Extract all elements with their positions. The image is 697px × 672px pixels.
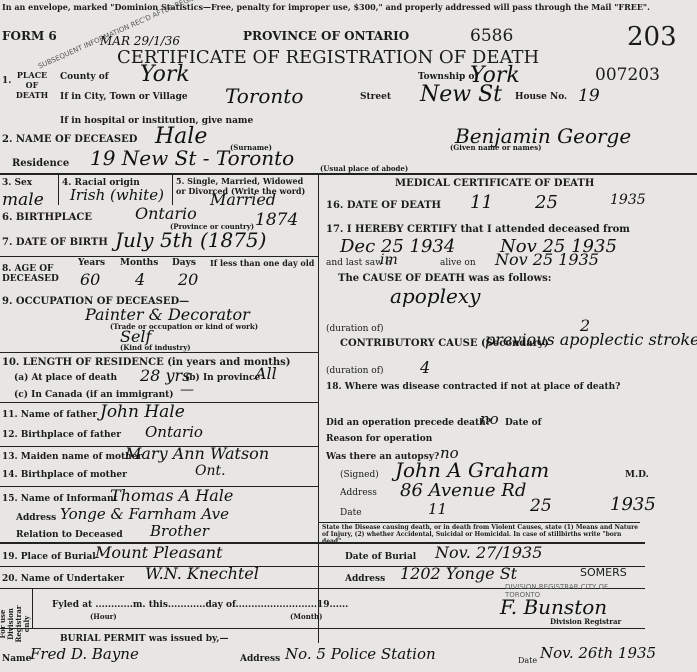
residence-b-label: (b) In province [185, 373, 260, 383]
father-label: 11. Name of father [2, 410, 97, 420]
registration-number: 6586 [470, 26, 513, 46]
name-of-deceased-label: 2. NAME OF DECEASED [2, 134, 137, 145]
contributory-years: 4 [420, 358, 430, 377]
item-number: 1. [2, 76, 11, 86]
death-certificate: In an envelope, marked "Dominion Statist… [0, 0, 697, 672]
dob-label: 7. DATE OF BIRTH [2, 237, 108, 248]
date-of-label: Date of [505, 418, 542, 428]
permit-date-label: Date [518, 656, 537, 665]
signed-label: (Signed) [340, 470, 379, 480]
informant-address-label: Address [16, 513, 56, 523]
burial-place-value: Mount Pleasant [95, 543, 223, 562]
residence-c-value: — [180, 382, 194, 398]
years-label: Years [78, 258, 105, 268]
burial-date-value: Nov. 27/1935 [435, 543, 542, 562]
page-number: 203 [627, 22, 677, 52]
fyled-line: Fyled at ............m. this............… [52, 600, 348, 610]
operation-label: Did an operation precede death? [326, 418, 491, 428]
house-value: 19 [578, 86, 600, 106]
dod-day: 25 [535, 192, 558, 213]
marital-value: Married [210, 190, 276, 209]
registrar-side-label: For use Division Registrar only [0, 599, 31, 649]
duration-label: (duration of) [326, 324, 384, 334]
envelope-note: In an envelope, marked "Dominion Statist… [2, 2, 650, 12]
physician-date-day: 25 [530, 496, 552, 516]
dod-year: 1935 [610, 192, 646, 208]
father-birthplace-value: Ontario [145, 423, 203, 441]
dod-month: 11 [470, 192, 493, 213]
occupation-b-hint: (Kind of industry) [120, 343, 191, 352]
mother-birthplace-value: Ont. [195, 463, 226, 479]
birthplace-value: Ontario [135, 204, 197, 223]
residence-hint: (Usual place of abode) [320, 164, 408, 173]
reason-label: Reason for operation [326, 434, 432, 444]
cause-label: The CAUSE OF DEATH was as follows: [338, 273, 551, 284]
hour-hint: (Hour) [90, 612, 117, 621]
residence-value: 19 New St - Toronto [90, 146, 294, 170]
medical-certificate-title: MEDICAL CERTIFICATE OF DEATH [395, 178, 594, 189]
registrar-signature: F. Bunston [500, 595, 607, 619]
age-days: 20 [178, 270, 198, 289]
relation-value: Brother [150, 522, 209, 540]
date-of-death-label: 16. DATE OF DEATH [326, 200, 441, 211]
form-number: FORM 6 [2, 29, 57, 43]
street-label: Street [360, 92, 391, 102]
month-hint: (Month) [290, 612, 322, 621]
province: PROVINCE OF ONTARIO [243, 29, 409, 43]
informant-value: Thomas A Hale [110, 486, 233, 505]
physician-date-year: 1935 [610, 494, 656, 515]
physician-address-label: Address [340, 488, 377, 498]
last-saw-h: im [380, 252, 398, 268]
city-label: If in City, Town or Village [60, 92, 188, 102]
sex-value: male [2, 190, 44, 210]
undertaker-address-label: Address [345, 574, 385, 584]
days-label: Days [172, 258, 196, 268]
certify-label: 17. I HEREBY CERTIFY that I attended dec… [326, 224, 630, 235]
age-months: 4 [135, 270, 145, 289]
cause-value: apoplexy [390, 284, 480, 308]
given-hint: (Given name or names) [450, 143, 541, 152]
alive-on-label: alive on [440, 258, 476, 268]
mother-value: Mary Ann Watson [125, 444, 269, 463]
house-label: House No. [515, 92, 567, 102]
age-years: 60 [80, 270, 100, 289]
residence-a-label: (a) At place of death [14, 373, 117, 383]
physician-signature: John A Graham [395, 458, 549, 482]
informant-address-value: Yonge & Farnham Ave [60, 505, 229, 523]
sex-label: 3. Sex [2, 178, 32, 188]
permit-name-value: Fred D. Bayne [30, 645, 139, 663]
somers-stamp: SOMERS [580, 566, 627, 579]
physician-address-value: 86 Avenue Rd [400, 480, 526, 501]
birthplace-year: 1874 [255, 210, 298, 230]
operation-value: no [480, 410, 499, 428]
permit-address-value: No. 5 Police Station [285, 645, 436, 663]
burial-place-label: 19. Place of Burial [2, 552, 96, 562]
stamp-date: MAR 29/1/36 [100, 34, 180, 48]
less-than-day-label: If less than one day old [210, 258, 314, 268]
permit-date-value: Nov. 26th 1935 [540, 644, 656, 662]
racial-origin-value: Irish (white) [70, 186, 164, 204]
duration-label-2: (duration of) [326, 366, 384, 376]
serial-number: 007203 [595, 65, 660, 85]
registrar-label: Division Registrar [550, 617, 621, 626]
burial-permit-label: BURIAL PERMIT was issued by,— [60, 634, 229, 644]
mother-label: 13. Maiden name of mother [2, 452, 142, 462]
age-label: 8. AGE OF DECEASED [2, 264, 62, 284]
md-label: M.D. [625, 470, 649, 480]
residence-c-label: (c) In Canada (if an immigrant) [14, 390, 174, 400]
physician-date-month: 11 [428, 500, 447, 518]
burial-date-label: Date of Burial [345, 552, 416, 562]
undertaker-address-value: 1202 Yonge St [400, 564, 517, 583]
birthplace-label: 6. BIRTHPLACE [2, 212, 92, 223]
informant-label: 15. Name of Informant [2, 494, 118, 504]
place-of-death-label: PLACE OF DEATH [12, 70, 52, 100]
permit-name-label: Name [2, 654, 31, 664]
mother-birthplace-label: 14. Birthplace of mother [2, 470, 127, 480]
father-birthplace-label: 12. Birthplace of father [2, 430, 121, 440]
street-value: New St [420, 82, 502, 107]
residence-b-value: All [255, 364, 277, 383]
city-value: Toronto [225, 84, 303, 108]
months-label: Months [120, 258, 158, 268]
alive-on-value: Nov 25 1935 [495, 250, 599, 269]
physician-date-label: Date [340, 508, 362, 518]
county-value: York [140, 62, 190, 87]
county-label: County of [60, 72, 109, 82]
contributory-value: previous apoplectic stroke [485, 330, 697, 349]
residence-label: Residence [12, 158, 69, 169]
father-value: John Hale [100, 402, 185, 422]
q18-label: 18. Where was disease contracted if not … [326, 382, 620, 392]
undertaker-value: W.N. Knechtel [145, 564, 259, 583]
permit-address-label: Address [240, 654, 280, 664]
undertaker-label: 20. Name of Undertaker [2, 574, 124, 584]
relation-label: Relation to Deceased [16, 530, 123, 540]
dob-value: July 5th (1875) [115, 228, 266, 252]
